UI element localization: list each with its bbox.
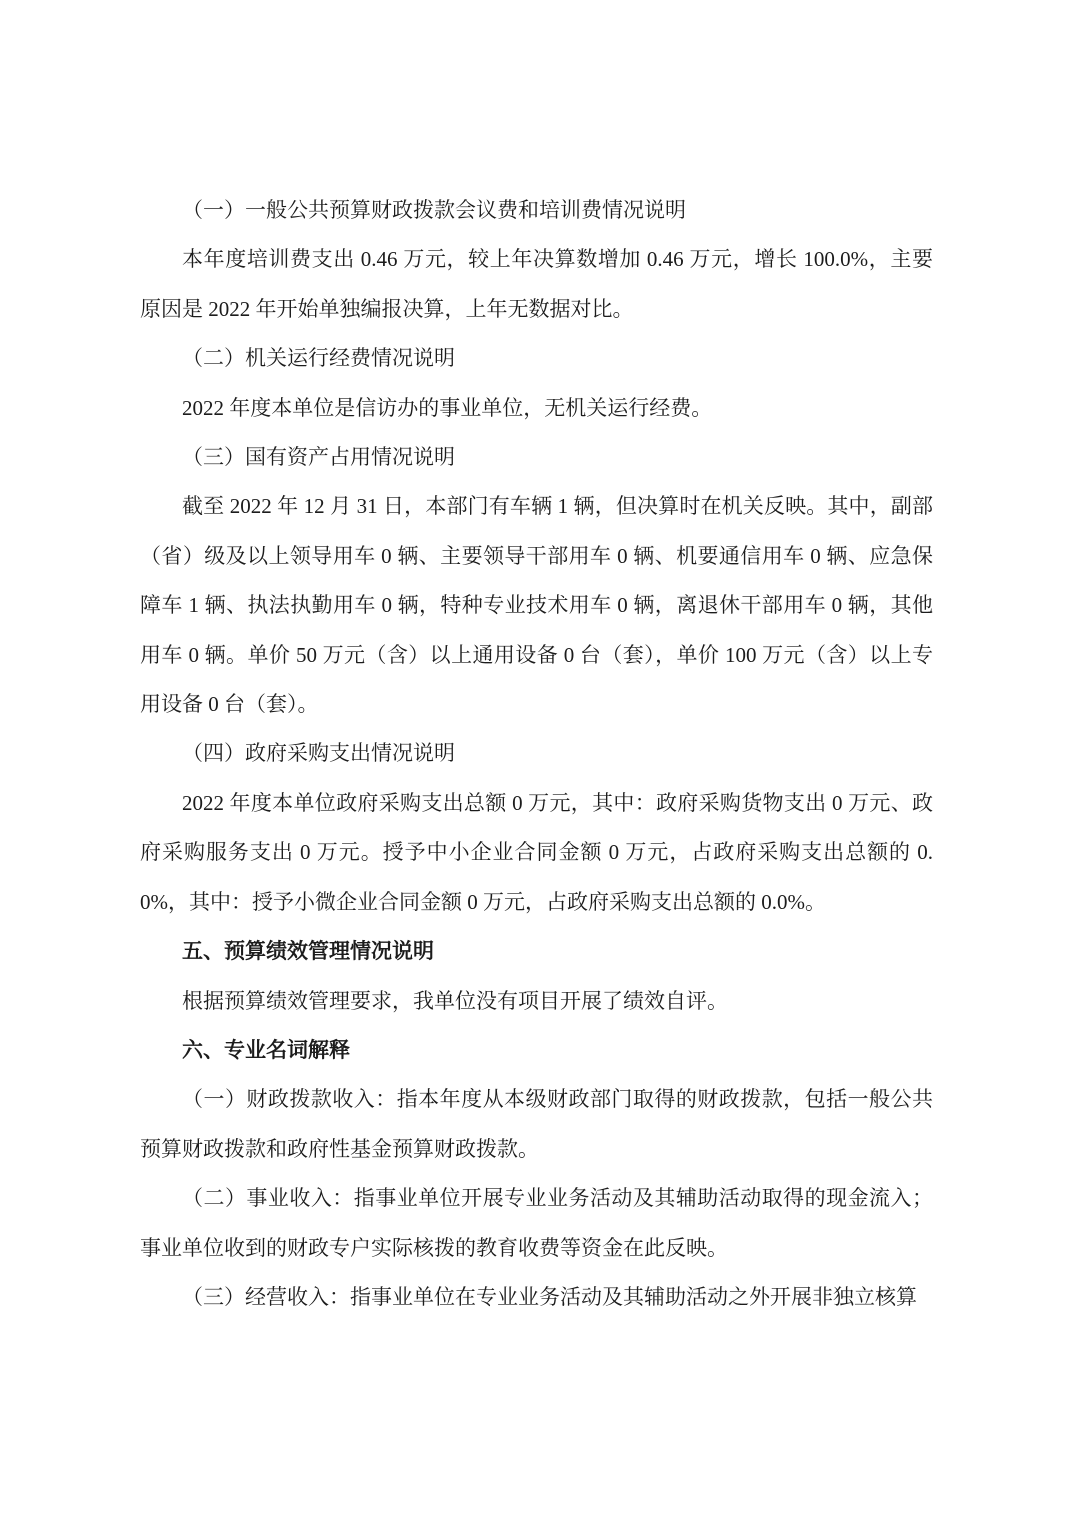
para-term-fiscal-appropriation-income: （一）财政拨款收入：指本年度从本级财政部门取得的财政拨款，包括一般公共预算财政拨…: [140, 1075, 933, 1174]
para-operating-expense-detail: 2022 年度本单位是信访办的事业单位，无机关运行经费。: [140, 384, 933, 433]
subsection-heading-meeting-training-fee: （一）一般公共预算财政拨款会议费和培训费情况说明: [140, 186, 933, 235]
para-term-business-income: （二）事业收入：指事业单位开展专业业务活动及其辅助活动取得的现金流入；事业单位收…: [140, 1174, 933, 1273]
subsection-heading-state-assets: （三）国有资产占用情况说明: [140, 433, 933, 482]
para-training-fee-detail: 本年度培训费支出 0.46 万元，较上年决算数增加 0.46 万元，增长 100…: [140, 235, 933, 334]
para-gov-procurement-detail: 2022 年度本单位政府采购支出总额 0 万元，其中：政府采购货物支出 0 万元…: [140, 779, 933, 927]
para-term-operating-income: （三）经营收入：指事业单位在专业业务活动及其辅助活动之外开展非独立核算: [140, 1273, 933, 1322]
section-heading-terminology: 六、专业名词解释: [140, 1026, 933, 1075]
section-heading-budget-performance: 五、预算绩效管理情况说明: [140, 927, 933, 976]
subsection-heading-gov-procurement: （四）政府采购支出情况说明: [140, 729, 933, 778]
para-budget-performance-detail: 根据预算绩效管理要求，我单位没有项目开展了绩效自评。: [140, 977, 933, 1026]
para-state-assets-detail: 截至 2022 年 12 月 31 日，本部门有车辆 1 辆，但决算时在机关反映…: [140, 482, 933, 729]
document-page: （一）一般公共预算财政拨款会议费和培训费情况说明 本年度培训费支出 0.46 万…: [0, 0, 1074, 1520]
subsection-heading-operating-expense: （二）机关运行经费情况说明: [140, 334, 933, 383]
